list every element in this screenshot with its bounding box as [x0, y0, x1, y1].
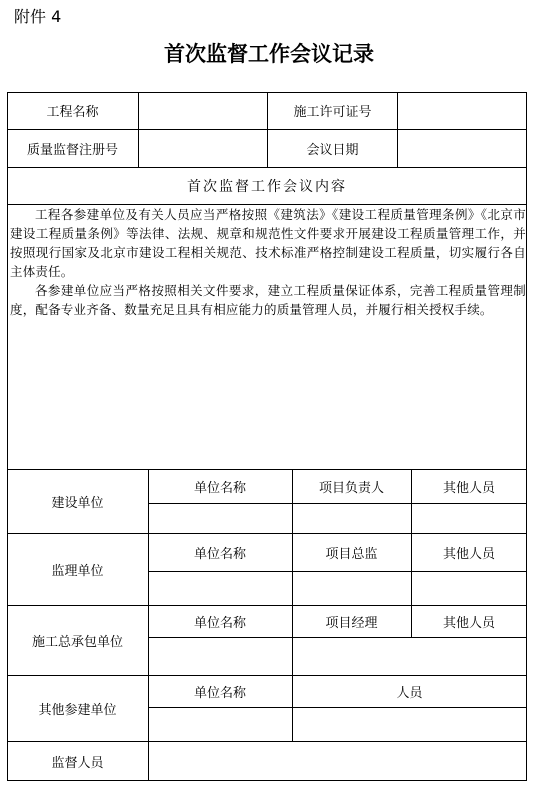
label-construction-unit: 建设单位: [7, 469, 148, 533]
page-title: 首次监督工作会议记录: [0, 38, 538, 68]
col-other-staff: 其他人员: [411, 469, 527, 503]
label-registration-number: 质量监督注册号: [7, 130, 138, 167]
col-unit-name: 单位名称: [148, 605, 292, 637]
content-heading: 首次监督工作会议内容: [7, 168, 527, 204]
col-unit-name: 单位名称: [148, 533, 292, 571]
supervision-other-field[interactable]: [411, 572, 527, 605]
label-other-units: 其他参建单位: [7, 675, 148, 741]
project-manager-field[interactable]: [292, 638, 411, 675]
label-meeting-date: 会议日期: [268, 130, 397, 167]
contractor-name-field[interactable]: [148, 638, 292, 675]
permit-number-field[interactable]: [398, 92, 527, 129]
col-unit-name: 单位名称: [148, 469, 292, 503]
supervision-unit-name-field[interactable]: [148, 572, 292, 605]
col-project-manager: 项目经理: [292, 605, 411, 637]
construction-other-field[interactable]: [411, 504, 527, 533]
meeting-date-field[interactable]: [398, 130, 527, 167]
meeting-content: 工程各参建单位及有关人员应当严格按照《建筑法》《建设工程质量管理条例》《北京市建…: [10, 205, 526, 319]
construction-unit-name-field[interactable]: [148, 504, 292, 533]
attachment-label: 附件 4: [14, 4, 61, 27]
contractor-other-field[interactable]: [411, 638, 527, 675]
label-project-name: 工程名称: [7, 92, 138, 129]
label-supervision-unit: 监理单位: [7, 533, 148, 605]
col-other-staff: 其他人员: [411, 605, 527, 637]
label-permit-number: 施工许可证号: [268, 92, 397, 129]
col-staff: 人员: [292, 675, 527, 707]
construction-leader-field[interactable]: [292, 504, 411, 533]
other-unit-staff-field[interactable]: [292, 708, 527, 741]
col-other-staff: 其他人员: [411, 533, 527, 571]
content-paragraph: 工程各参建单位及有关人员应当严格按照《建筑法》《建设工程质量管理条例》《北京市建…: [10, 205, 526, 281]
supervisors-field[interactable]: [148, 742, 527, 781]
other-unit-name-field[interactable]: [148, 708, 292, 741]
col-project-leader: 项目负责人: [292, 469, 411, 503]
col-unit-name: 单位名称: [148, 675, 292, 707]
registration-number-field[interactable]: [139, 130, 267, 167]
col-chief-supervisor: 项目总监: [292, 533, 411, 571]
label-general-contractor: 施工总承包单位: [7, 605, 148, 675]
project-name-field[interactable]: [139, 92, 267, 129]
chief-supervisor-field[interactable]: [292, 572, 411, 605]
label-supervisors: 监督人员: [7, 741, 148, 781]
content-paragraph: 各参建单位应当严格按照相关文件要求，建立工程质量保证体系，完善工程质量管理制度，…: [10, 281, 526, 319]
